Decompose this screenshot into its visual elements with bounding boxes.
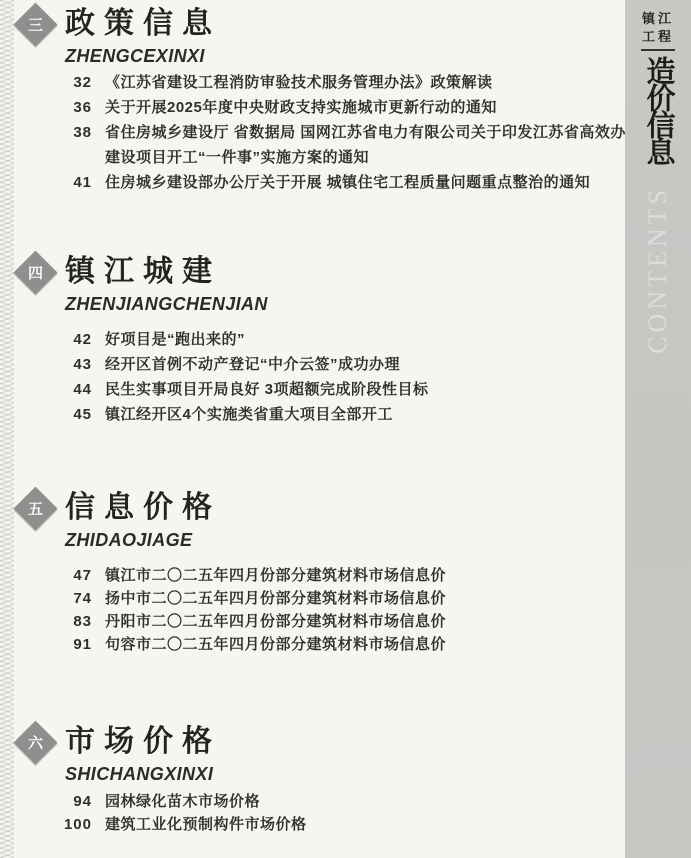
section-marker: 五 — [14, 486, 58, 532]
page-number: 100 — [59, 813, 105, 836]
section-policy-info: 三 政策信息 ZHENGCEXINXI 32 《江苏省建设工程消防审验技术服务管… — [14, 2, 614, 195]
toc-entry: 42 好项目是“跑出来的” — [59, 327, 614, 352]
entry-title: 好项目是“跑出来的” — [105, 327, 245, 352]
section-number-glyph: 三 — [28, 14, 43, 35]
section-header: 四 镇江城建 ZHENJIANGCHENJIAN — [14, 250, 614, 314]
entry-title-line2: 建设项目开工“一件事”实施方案的通知 — [105, 145, 369, 170]
entry-title: 《江苏省建设工程消防审验技术服务管理办法》政策解读 — [105, 70, 493, 95]
section-marker: 四 — [14, 250, 58, 296]
toc-entry: 45 镇江经开区4个实施类省重大项目全部开工 — [59, 402, 614, 427]
entry-title: 住房城乡建设部办公厅关于开展 城镇住宅工程质量问题重点整治的通知 — [105, 170, 590, 195]
page-number: 44 — [59, 377, 105, 402]
toc-entry: 38 省住房城乡建设厅 省数据局 国网江苏省电力有限公司关于印发江苏省高效办成 — [59, 120, 614, 145]
toc-entry: 43 经开区首例不动产登记“中介云签”成功办理 — [59, 352, 614, 377]
toc-entry: 44 民生实事项目开局良好 3项超额完成阶段性目标 — [59, 377, 614, 402]
entry-title: 扬中市二〇二五年四月份部分建筑材料市场信息价 — [105, 587, 446, 610]
entry-title: 建筑工业化预制构件市场价格 — [105, 813, 307, 836]
section-marker: 六 — [14, 720, 58, 766]
toc-entry-continuation: 建设项目开工“一件事”实施方案的通知 — [59, 145, 614, 170]
entry-list: 32 《江苏省建设工程消防审验技术服务管理办法》政策解读 36 关于开展2025… — [59, 70, 614, 195]
page-number: 43 — [59, 352, 105, 377]
entry-title: 关于开展2025年度中央财政支持实施城市更新行动的通知 — [105, 95, 497, 120]
entry-title: 园林绿化苗木市场价格 — [105, 790, 260, 813]
section-title: 政策信息 — [65, 2, 221, 46]
section-pinyin: ZHENJIANGCHENJIAN — [65, 294, 268, 314]
section-header: 六 市场价格 SHICHANGXINXI — [14, 720, 614, 784]
section-title: 市场价格 — [65, 720, 221, 764]
page-number: 83 — [59, 610, 105, 633]
toc-entry: 74 扬中市二〇二五年四月份部分建筑材料市场信息价 — [59, 587, 614, 610]
entry-title: 镇江市二〇二五年四月份部分建筑材料市场信息价 — [105, 564, 446, 587]
section-zhenjiang-urban: 四 镇江城建 ZHENJIANGCHENJIAN 42 好项目是“跑出来的” 4… — [14, 250, 614, 427]
toc-entry: 83 丹阳市二〇二五年四月份部分建筑材料市场信息价 — [59, 610, 614, 633]
toc-entry: 100 建筑工业化预制构件市场价格 — [59, 813, 614, 836]
toc-entry: 41 住房城乡建设部办公厅关于开展 城镇住宅工程质量问题重点整治的通知 — [59, 170, 614, 195]
toc-entry: 36 关于开展2025年度中央财政支持实施城市更新行动的通知 — [59, 95, 614, 120]
toc-entry: 94 园林绿化苗木市场价格 — [59, 790, 614, 813]
section-market-prices: 六 市场价格 SHICHANGXINXI 94 园林绿化苗木市场价格 100 建… — [14, 720, 614, 836]
journal-region-label: 镇江 — [642, 10, 674, 28]
section-titles: 信息价格 ZHIDAOJIAGE — [65, 486, 221, 550]
section-pinyin: SHICHANGXINXI — [65, 764, 221, 784]
journal-spine: 镇江 工程 造价信息 CONTENTS — [625, 0, 691, 858]
journal-title-block: 镇江 工程 造价信息 — [625, 10, 691, 164]
journal-field-label: 工程 — [642, 28, 674, 46]
page-number: 91 — [59, 633, 105, 656]
toc-page: 三 政策信息 ZHENGCEXINXI 32 《江苏省建设工程消防审验技术服务管… — [0, 0, 691, 858]
page-number: 42 — [59, 327, 105, 352]
journal-name-vertical: 造价信息 — [644, 56, 673, 164]
page-number: 45 — [59, 402, 105, 427]
page-number-spacer — [59, 145, 105, 170]
entry-title: 句容市二〇二五年四月份部分建筑材料市场信息价 — [105, 633, 446, 656]
entry-list: 47 镇江市二〇二五年四月份部分建筑材料市场信息价 74 扬中市二〇二五年四月份… — [59, 564, 614, 656]
diamond-icon: 四 — [14, 251, 58, 295]
page-number: 47 — [59, 564, 105, 587]
section-number-glyph: 五 — [28, 498, 43, 519]
entry-title: 丹阳市二〇二五年四月份部分建筑材料市场信息价 — [105, 610, 446, 633]
page-number: 74 — [59, 587, 105, 610]
page-number: 36 — [59, 95, 105, 120]
section-title: 镇江城建 — [65, 250, 268, 294]
entry-title: 镇江经开区4个实施类省重大项目全部开工 — [105, 402, 393, 427]
section-pinyin: ZHIDAOJIAGE — [65, 530, 221, 550]
entry-list: 94 园林绿化苗木市场价格 100 建筑工业化预制构件市场价格 — [59, 790, 614, 836]
entry-title: 民生实事项目开局良好 3项超额完成阶段性目标 — [105, 377, 429, 402]
section-info-prices: 五 信息价格 ZHIDAOJIAGE 47 镇江市二〇二五年四月份部分建筑材料市… — [14, 486, 614, 656]
spine-divider — [641, 49, 675, 51]
page-number: 41 — [59, 170, 105, 195]
contents-label-vertical: CONTENTS — [643, 186, 673, 354]
entry-list: 42 好项目是“跑出来的” 43 经开区首例不动产登记“中介云签”成功办理 44… — [59, 327, 614, 427]
section-number-glyph: 四 — [28, 262, 43, 283]
section-header: 五 信息价格 ZHIDAOJIAGE — [14, 486, 614, 550]
diamond-icon: 三 — [14, 3, 58, 47]
diamond-icon: 五 — [14, 487, 58, 531]
toc-entry: 91 句容市二〇二五年四月份部分建筑材料市场信息价 — [59, 633, 614, 656]
section-number-glyph: 六 — [28, 732, 43, 753]
entry-title: 省住房城乡建设厅 省数据局 国网江苏省电力有限公司关于印发江苏省高效办成 — [105, 120, 641, 145]
section-marker: 三 — [14, 2, 58, 48]
section-header: 三 政策信息 ZHENGCEXINXI — [14, 2, 614, 66]
section-title: 信息价格 — [65, 486, 221, 530]
binding-edge-texture — [0, 0, 14, 858]
page-number: 32 — [59, 70, 105, 95]
section-titles: 市场价格 SHICHANGXINXI — [65, 720, 221, 784]
section-titles: 镇江城建 ZHENJIANGCHENJIAN — [65, 250, 268, 314]
toc-entry: 32 《江苏省建设工程消防审验技术服务管理办法》政策解读 — [59, 70, 614, 95]
page-number: 38 — [59, 120, 105, 145]
section-pinyin: ZHENGCEXINXI — [65, 46, 221, 66]
entry-title: 经开区首例不动产登记“中介云签”成功办理 — [105, 352, 400, 377]
diamond-icon: 六 — [14, 721, 58, 765]
toc-entry: 47 镇江市二〇二五年四月份部分建筑材料市场信息价 — [59, 564, 614, 587]
section-titles: 政策信息 ZHENGCEXINXI — [65, 2, 221, 66]
page-number: 94 — [59, 790, 105, 813]
